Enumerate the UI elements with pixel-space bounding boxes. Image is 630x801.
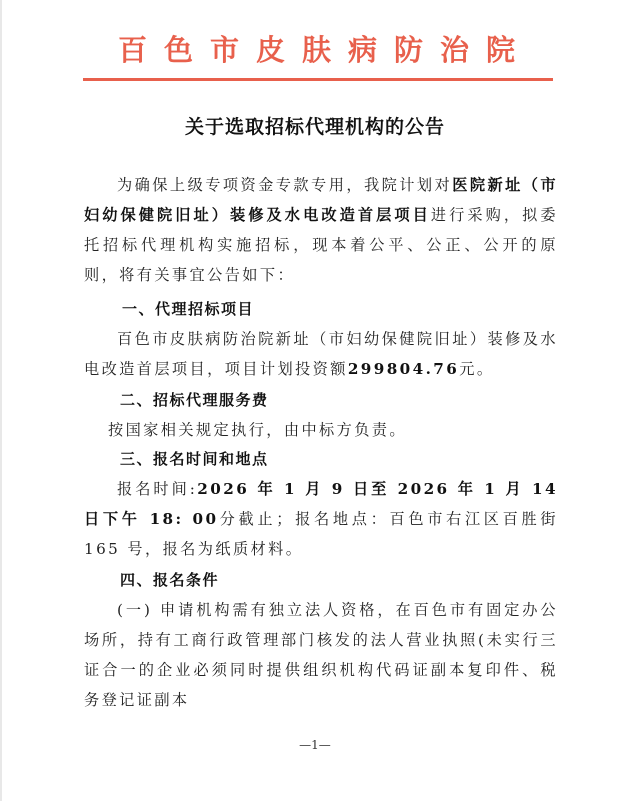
- section-2: 二、招标代理服务费 按国家相关规定执行，由中标方负责。: [84, 385, 558, 445]
- section-3-text: 报名时间:2026 年 1 月 9 日至 2026 年 1 月 14 日下午 1…: [84, 474, 558, 564]
- section-1: 一、代理招标项目 百色市皮肤病防治院新址（市妇幼保健院旧址）装修及水电改造首层项…: [84, 294, 558, 384]
- section-heading: 三、报名时间和地点: [84, 444, 558, 474]
- document-title: 关于选取招标代理机构的公告: [0, 112, 630, 142]
- page-number: —1—: [0, 738, 630, 752]
- intro-paragraph: 为确保上级专项资金专款专用，我院计划对医院新址（市妇幼保健院旧址）装修及水电改造…: [84, 170, 558, 290]
- section-1-text-part2: 元。: [459, 360, 494, 378]
- intro-text-part1: 为确保上级专项资金专款专用，我院计划对: [117, 176, 452, 194]
- intro-text: 为确保上级专项资金专款专用，我院计划对医院新址（市妇幼保健院旧址）装修及水电改造…: [84, 170, 558, 290]
- section-4-text: (一) 申请机构需有独立法人资格，在百色市有固定办公场所，持有工商行政管理部门核…: [84, 595, 558, 715]
- section-3: 三、报名时间和地点 报名时间:2026 年 1 月 9 日至 2026 年 1 …: [84, 444, 558, 564]
- section-heading: 四、报名条件: [84, 565, 558, 595]
- header-red-rule: [83, 78, 553, 81]
- section-1-text: 百色市皮肤病防治院新址（市妇幼保健院旧址）装修及水电改造首层项目，项目计划投资额…: [84, 324, 558, 384]
- section-4: 四、报名条件 (一) 申请机构需有独立法人资格，在百色市有固定办公场所，持有工商…: [84, 565, 558, 715]
- section-2-text: 按国家相关规定执行，由中标方负责。: [84, 415, 558, 445]
- section-heading: 二、招标代理服务费: [84, 385, 558, 415]
- section-heading: 一、代理招标项目: [84, 294, 558, 324]
- organization-header: 百色市皮肤病防治院: [0, 30, 630, 70]
- document-page: 百色市皮肤病防治院 关于选取招标代理机构的公告 为确保上级专项资金专款专用，我院…: [0, 0, 630, 801]
- investment-amount: 299804.76: [348, 360, 459, 378]
- registration-time-label: 报名时间:: [117, 480, 197, 498]
